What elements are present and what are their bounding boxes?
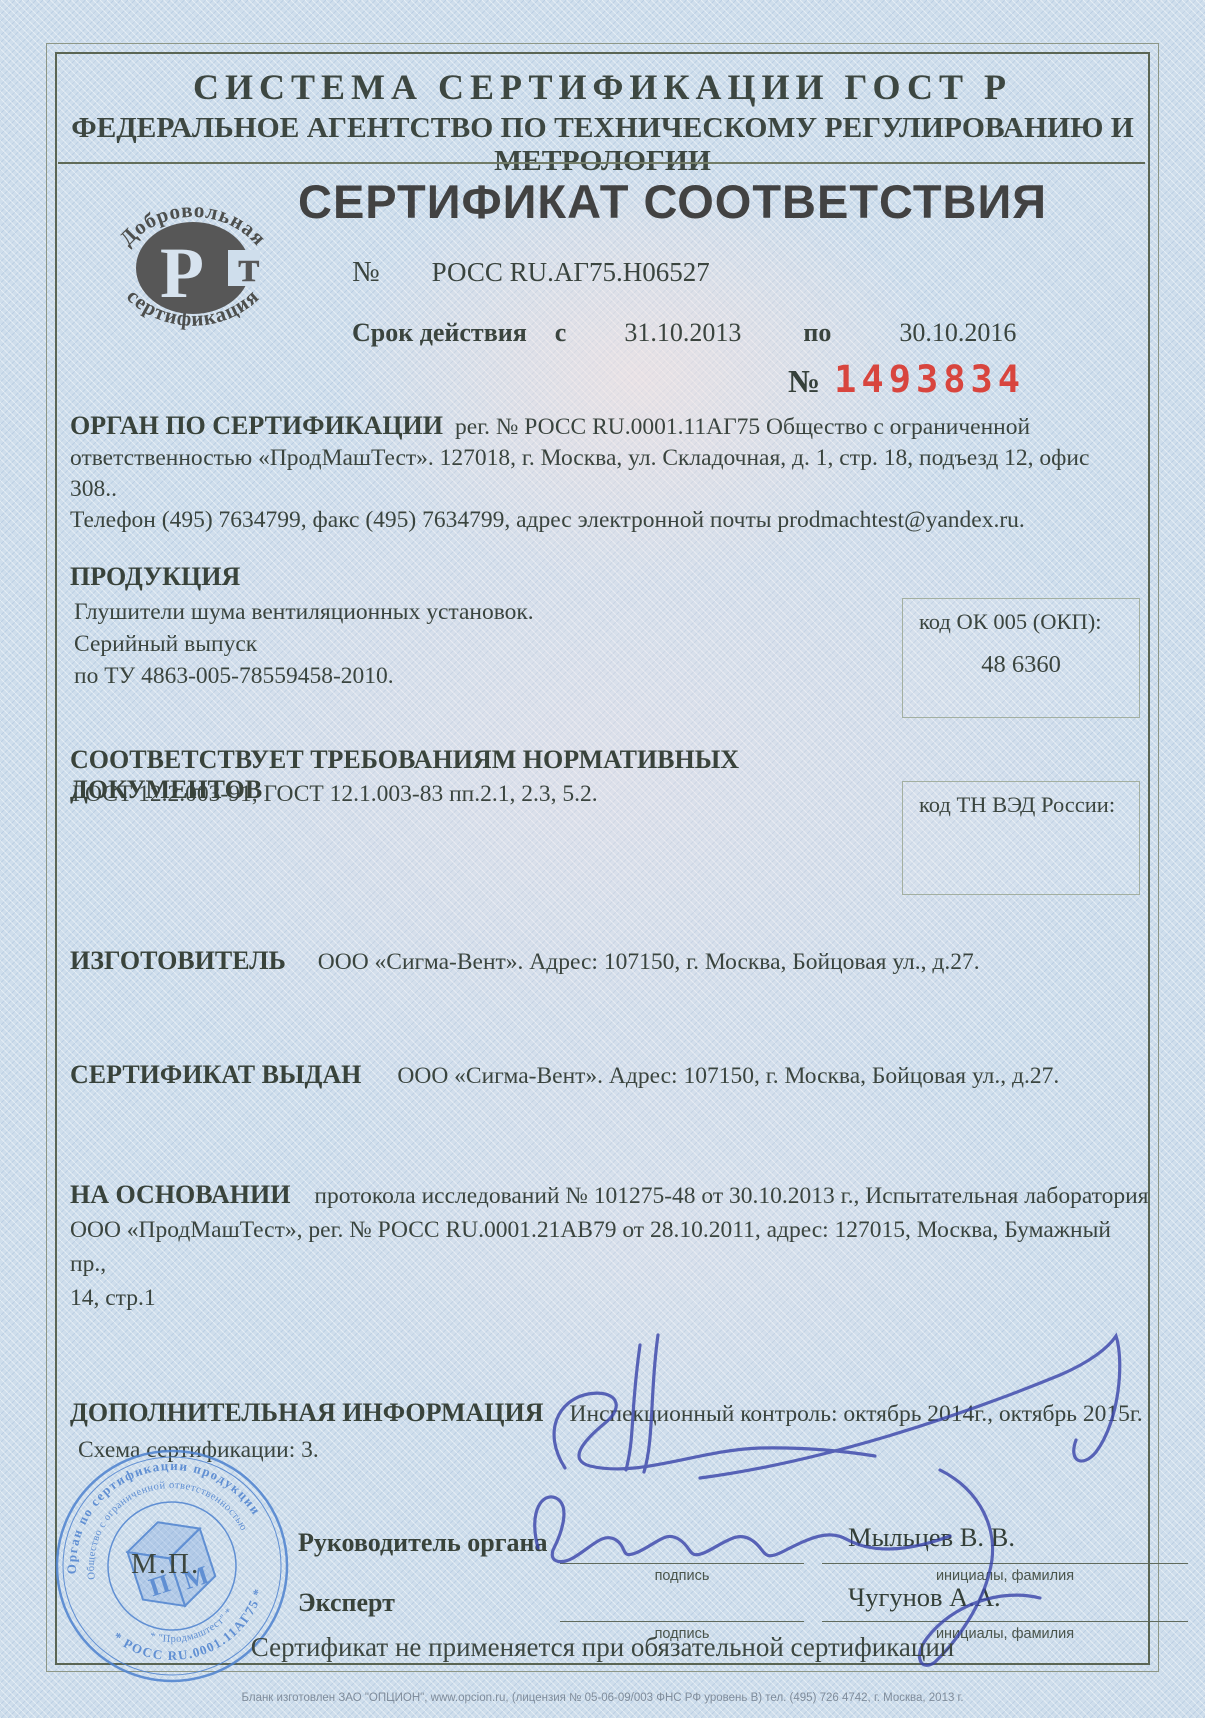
rst-logo: Добровольная сертификация Р т — [92, 164, 294, 350]
validity-label: Срок действия — [352, 318, 527, 347]
expert-role-label: Эксперт — [298, 1588, 395, 1618]
section-issued-to: СЕРТИФИКАТ ВЫДАНООО «Сигма-Вент». Адрес:… — [70, 1060, 1136, 1090]
tnved-code-box: код ТН ВЭД России: — [902, 781, 1140, 895]
head-name-line — [822, 1563, 1188, 1564]
validity-from-label: с — [555, 318, 567, 347]
certificate-number-row: №РОСС RU.АГ75.Н06527 — [352, 256, 710, 289]
footer-note: Сертификат не применяется при обязательн… — [0, 1632, 1205, 1663]
okp-code-label: код ОК 005 (ОКП): — [919, 609, 1139, 635]
okp-code-box: код ОК 005 (ОКП): 48 6360 — [902, 598, 1140, 718]
expert-name: Чугунов А.А. — [848, 1582, 1001, 1613]
basis-line3: 14, стр.1 — [70, 1281, 1150, 1315]
validity-to-label: по — [803, 318, 831, 347]
tnved-code-label: код ТН ВЭД России: — [919, 792, 1139, 818]
section-issued-to-label: СЕРТИФИКАТ ВЫДАН — [70, 1060, 361, 1089]
production-line3: по ТУ 4863-005-78559458-2010. — [74, 660, 534, 692]
blank-number: №1493834 — [788, 358, 1118, 401]
blank-fine-print: Бланк изготовлен ЗАО "ОПЦИОН", www.opcio… — [0, 1692, 1205, 1704]
production-line1: Глушители шума вентиляционных установок. — [74, 596, 534, 628]
production-line2: Серийный выпуск — [74, 628, 534, 660]
header-system-line: СИСТЕМА СЕРТИФИКАЦИИ ГОСТ Р — [0, 66, 1205, 108]
section-certification-body-label: ОРГАН ПО СЕРТИФИКАЦИИ — [70, 411, 443, 440]
certificate-number-value: РОСС RU.АГ75.Н06527 — [432, 257, 710, 287]
blank-number-value: 1493834 — [834, 358, 1025, 401]
logo-letter-t: т — [238, 242, 260, 291]
issued-to-text: ООО «Сигма-Вент». Адрес: 107150, г. Моск… — [397, 1063, 1059, 1089]
certificate-number-label: № — [352, 256, 380, 288]
head-signature-caption: подпись — [560, 1568, 804, 1584]
section-basis-label: НА ОСНОВАНИИ — [70, 1180, 290, 1209]
okp-code-value: 48 6360 — [903, 651, 1139, 679]
expert-signature-line — [560, 1621, 804, 1622]
organ-line2: ответственностью «ПродМашТест». 127018, … — [70, 443, 1136, 505]
section-production-label: ПРОДУКЦИЯ — [70, 562, 240, 592]
section-basis: НА ОСНОВАНИИпротокола исследований № 101… — [70, 1178, 1150, 1315]
section-production-body: Глушители шума вентиляционных установок.… — [74, 596, 534, 692]
logo-letter-r: Р — [160, 233, 204, 313]
certificate-title: СЕРТИФИКАТ СООТВЕТСТВИЯ — [298, 174, 1047, 229]
basis-line2: ООО «ПродМашТест», рег. № РОСС RU.0001.2… — [70, 1213, 1150, 1281]
head-name: Мыльцев В. В. — [848, 1522, 1015, 1553]
validity-from-date: 31.10.2013 — [624, 318, 741, 347]
mp-place-of-seal: М.П. — [131, 1548, 200, 1581]
head-role-label: Руководитель органа — [298, 1528, 548, 1558]
organ-line3: Телефон (495) 7634799, факс (495) 763479… — [70, 505, 1136, 536]
section-manufacturer-label: ИЗГОТОВИТЕЛЬ — [70, 946, 286, 975]
section-manufacturer: ИЗГОТОВИТЕЛЬООО «Сигма-Вент». Адрес: 107… — [70, 946, 1136, 976]
validity-row: Срок действияс31.10.2013по30.10.2016 — [352, 318, 1016, 348]
certificate-page: СИСТЕМА СЕРТИФИКАЦИИ ГОСТ Р ФЕДЕРАЛЬНОЕ … — [0, 0, 1205, 1718]
section-additional-label: ДОПОЛНИТЕЛЬНАЯ ИНФОРМАЦИЯ — [70, 1398, 544, 1427]
basis-line1: протокола исследований № 101275-48 от 30… — [314, 1183, 1148, 1209]
organ-line1: рег. № РОСС RU.0001.11АГ75 Общество с ог… — [455, 414, 1030, 440]
section-conformity-text: ГОСТ 12.2.003-91, ГОСТ 12.1.003-83 пп.2.… — [72, 781, 598, 808]
manufacturer-text: ООО «Сигма-Вент». Адрес: 107150, г. Моск… — [318, 949, 980, 975]
blank-number-label: № — [788, 363, 820, 399]
section-certification-body: ОРГАН ПО СЕРТИФИКАЦИИрег. № РОСС RU.0001… — [70, 410, 1136, 536]
additional-text: Инспекционный контроль: октябрь 2014г., … — [570, 1401, 1143, 1427]
head-signature-line — [560, 1563, 804, 1564]
validity-to-date: 30.10.2016 — [899, 318, 1016, 347]
expert-name-line — [822, 1621, 1188, 1622]
